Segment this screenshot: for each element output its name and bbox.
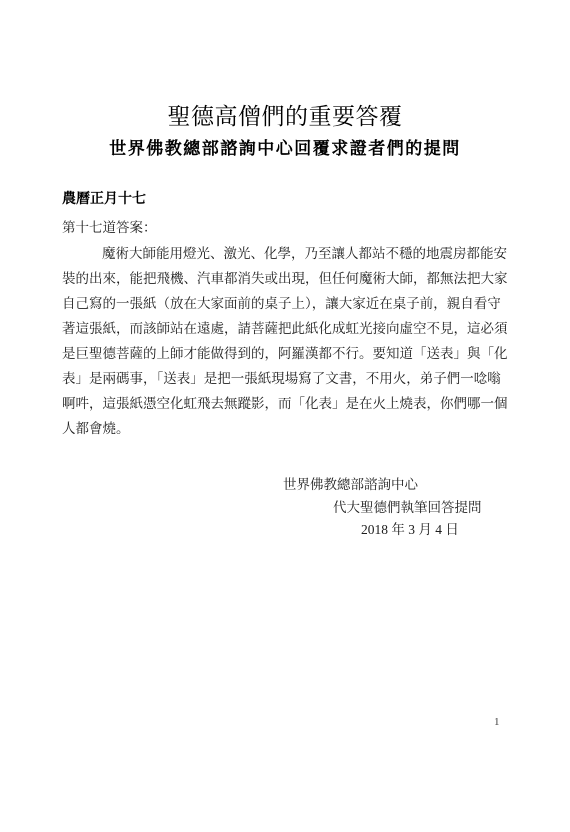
signature-byline: 代大聖德們執筆回答提問 (333, 500, 482, 516)
signature-organization: 世界佛教總部諮詢中心 (283, 477, 418, 493)
paragraph-line: 魔術大師能用燈光、激光、化學，乃至讓人都站不穩的地震房都能安 (62, 241, 509, 266)
document-subtitle: 世界佛教總部諮詢中心回覆求證者們的提問 (62, 137, 508, 161)
page-number: 1 (494, 715, 500, 729)
answer-number-label: 第十七道答案： (62, 218, 157, 238)
paragraph-line: 著這張紙，而該師站在遠處，請菩薩把此紙化成虹光接向虛空不見，這必須 (62, 316, 509, 341)
paragraph-line: 裝的出來，能把飛機、汽車都消失或出現，但任何魔術大師，都無法把大家 (62, 266, 509, 291)
answer-paragraph: 魔術大師能用燈光、激光、化學，乃至讓人都站不穩的地震房都能安 裝的出來，能把飛機… (62, 241, 509, 441)
paragraph-line: 自己寫的一張紙（放在大家面前的桌子上），讓大家近在桌子前，親自看守 (62, 291, 509, 316)
paragraph-line: 是巨聖德菩薩的上師才能做得到的，阿羅漢都不行。要知道「送表」與「化 (62, 341, 509, 366)
paragraph-line: 表」是兩碼事，「送表」是把一張紙現場寫了文書，不用火，弟子們一唸嗡 (62, 366, 509, 391)
paragraph-line: 人都會燒。 (62, 416, 509, 441)
signature-date: 2018 年 3 月 4 日 (361, 522, 459, 538)
lunar-date-heading: 農曆正月十七 (62, 190, 146, 210)
document-page: 聖德高僧們的重要答覆 世界佛教總部諮詢中心回覆求證者們的提問 農曆正月十七 第十… (0, 0, 570, 832)
document-title: 聖德高僧們的重要答覆 (62, 102, 508, 132)
paragraph-line: 啊吽，這張紙憑空化虹飛去無蹤影，而「化表」是在火上燒表，你們哪一個 (62, 391, 509, 416)
